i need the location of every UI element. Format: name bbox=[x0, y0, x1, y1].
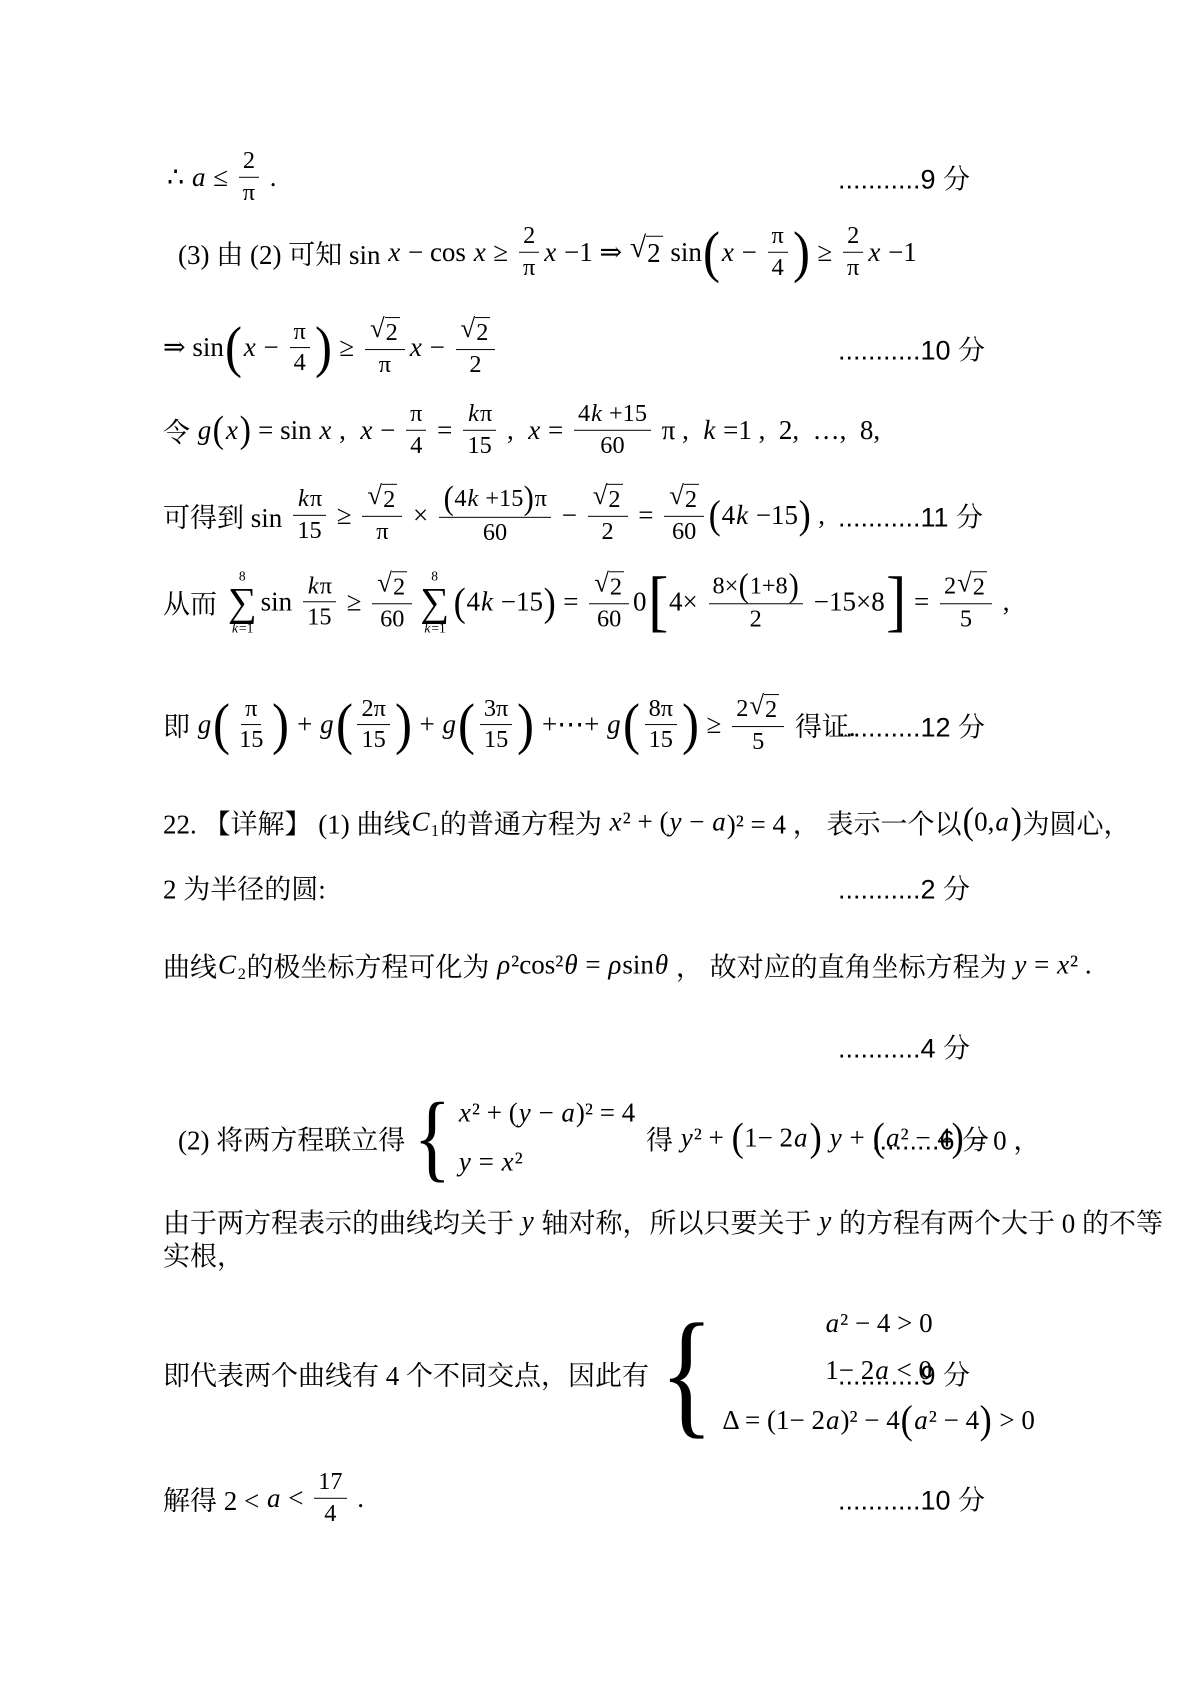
math-text: 2 bbox=[476, 318, 488, 347]
math-text: , bbox=[812, 499, 826, 530]
score-mark: ...........12 分 bbox=[838, 706, 985, 745]
denominator: 5 bbox=[956, 604, 976, 633]
math-text: 2 bbox=[610, 572, 622, 601]
math-variable: a bbox=[825, 1308, 841, 1339]
math-text: sin bbox=[664, 237, 702, 268]
math-text: = bbox=[556, 587, 585, 618]
math-text: − bbox=[257, 333, 286, 364]
math-text: 60 bbox=[597, 606, 621, 633]
math-variable: x bbox=[243, 333, 257, 364]
denominator: 15 bbox=[303, 603, 335, 632]
close-fence-icon: ) bbox=[544, 584, 556, 620]
fraction: 3π15 bbox=[480, 696, 512, 754]
math-text: + bbox=[413, 710, 442, 741]
denominator: π bbox=[843, 253, 863, 282]
system-row: a² − 4 > 0 bbox=[825, 1308, 933, 1339]
math-text: , bbox=[332, 415, 359, 446]
math-variable: C bbox=[410, 807, 430, 838]
exam-solution-page: ∴ a ≤ 2π .(3) 由 (2) 可知 sin x − cos x ≥ 2… bbox=[0, 0, 1200, 1698]
open-fence-icon: ( bbox=[444, 484, 454, 515]
math-variable: x bbox=[458, 1098, 472, 1129]
math-text: 4 bbox=[772, 255, 784, 282]
square-root: √2 bbox=[377, 571, 407, 601]
math-text: 2 bbox=[383, 485, 395, 514]
paren-group: (0,a) bbox=[962, 805, 1023, 839]
close-fence-icon: ) bbox=[682, 699, 699, 750]
math-text: ≥ bbox=[811, 237, 839, 268]
fraction: 2π bbox=[843, 223, 863, 281]
fraction: (4k +15)π60 bbox=[439, 484, 551, 546]
open-fence-icon: ( bbox=[623, 699, 640, 750]
math-text: − bbox=[532, 1098, 561, 1129]
math-variable: y bbox=[680, 1122, 694, 1153]
numerator: 2 bbox=[843, 223, 863, 253]
math-variable: x bbox=[609, 807, 623, 838]
denominator: 4 bbox=[768, 253, 788, 282]
fraction: √2π bbox=[365, 317, 405, 379]
open-fence-icon: ( bbox=[213, 413, 224, 447]
sum-lower-limit: k=1 bbox=[231, 621, 253, 635]
math-variable: y bbox=[668, 807, 682, 838]
radical-icon: √ bbox=[377, 569, 392, 596]
math-text: − bbox=[735, 237, 764, 268]
denominator: 60 bbox=[593, 604, 625, 633]
math-variable: ρ bbox=[607, 950, 622, 981]
math-variable: k bbox=[480, 587, 494, 618]
math-text: 解得 2 < bbox=[163, 1479, 266, 1518]
math-variable: x bbox=[473, 237, 487, 268]
math-text: 2 bbox=[393, 572, 405, 601]
denominator: 60 bbox=[479, 517, 511, 546]
math-text: 15 bbox=[239, 728, 263, 755]
math-text: )² = 4 ， 表示一个以 bbox=[727, 803, 962, 842]
close-fence-icon: ) bbox=[315, 322, 332, 373]
math-variable: x bbox=[318, 415, 332, 446]
math-text: = bbox=[632, 499, 661, 530]
score-mark: .........6 分 bbox=[872, 1119, 989, 1158]
math-text: ∴ bbox=[167, 162, 191, 193]
numerator: 2π bbox=[357, 696, 389, 726]
numerator: √2 bbox=[372, 571, 412, 604]
math-text: 2 bbox=[647, 236, 661, 268]
line-summation: 从而 8∑k=1sin kπ15 ≥ √2608∑k=1(4k −15) = √… bbox=[163, 569, 1009, 634]
fraction: √260 bbox=[664, 484, 704, 546]
math-text: 60 bbox=[672, 519, 696, 546]
math-text: +⋯+ bbox=[535, 710, 606, 741]
math-text: 2π bbox=[361, 696, 385, 723]
numerator: π bbox=[768, 223, 788, 253]
math-text: 60 bbox=[600, 433, 624, 460]
math-text: 5 bbox=[960, 606, 972, 633]
sigma-icon: ∑ bbox=[420, 583, 449, 621]
numerator: π bbox=[406, 401, 426, 431]
numerator: kπ bbox=[463, 401, 496, 431]
fraction: 2√25 bbox=[732, 694, 784, 756]
math-text: ² + bbox=[694, 1122, 731, 1153]
square-root: √2 bbox=[669, 484, 699, 514]
radical-icon: √ bbox=[370, 315, 385, 342]
radicand: 2 bbox=[382, 484, 397, 514]
math-variable: C bbox=[217, 950, 237, 981]
fraction: kπ15 bbox=[463, 401, 496, 459]
close-fence-icon: ] bbox=[886, 572, 906, 633]
math-text: π bbox=[410, 401, 422, 428]
math-text: )² − 4 bbox=[840, 1405, 899, 1436]
math-text: 2 bbox=[736, 696, 748, 723]
math-text: 可得到 sin bbox=[163, 495, 289, 534]
math-text: ， 故对应的直角坐标方程为 bbox=[669, 946, 1013, 985]
score-mark: ...........4 分 bbox=[838, 1027, 970, 1066]
open-fence-icon: ( bbox=[962, 805, 973, 839]
math-variable: y bbox=[521, 1206, 535, 1237]
math-variable: g bbox=[197, 415, 213, 446]
math-text: 22. 【详解】 (1) 曲线 bbox=[163, 803, 410, 842]
math-variable: y bbox=[829, 1122, 843, 1153]
math-text: − bbox=[682, 807, 711, 838]
math-variable: a bbox=[191, 162, 207, 193]
paren-group: (8π15) bbox=[622, 696, 700, 754]
open-fence-icon: [ bbox=[648, 572, 668, 633]
math-variable: x bbox=[867, 237, 881, 268]
math-text: 17 bbox=[318, 1469, 342, 1496]
math-text: ≤ bbox=[206, 162, 234, 193]
math-text: Δ = (1− 2 bbox=[722, 1405, 825, 1436]
math-text: 2 bbox=[608, 485, 620, 514]
math-text: 4 bbox=[324, 1501, 336, 1528]
math-text: −15 bbox=[494, 587, 543, 618]
close-fence-icon: ) bbox=[799, 497, 811, 533]
denominator: 4 bbox=[406, 431, 426, 460]
radicand: 2 bbox=[392, 571, 407, 601]
math-variable: x bbox=[409, 333, 423, 364]
paren-group: (3π15) bbox=[457, 696, 535, 754]
math-text: 2 bbox=[750, 606, 762, 633]
open-fence-icon: ( bbox=[731, 1120, 743, 1156]
line-implies-sin-inequality: ⇒ sin(x − π4) ≥ √2πx − √22 bbox=[163, 317, 499, 379]
math-text: 即代表两个曲线有 4 个不同交点，因此有 bbox=[163, 1354, 649, 1393]
numerator: 2 bbox=[239, 148, 259, 178]
open-fence-icon: ( bbox=[336, 699, 353, 750]
math-text: 15 bbox=[297, 517, 321, 544]
close-fence-icon: ) bbox=[517, 699, 534, 750]
close-fence-icon: ) bbox=[1011, 805, 1022, 839]
radicand: 2 bbox=[607, 484, 622, 514]
math-text: . bbox=[351, 1483, 365, 1514]
square-root: √2 bbox=[630, 235, 663, 268]
fraction: √260 bbox=[372, 571, 412, 633]
paren-group: (4k −15) bbox=[453, 584, 556, 620]
math-text: π bbox=[243, 180, 255, 207]
line-solve-a-range: 解得 2 < a < 174 . bbox=[163, 1469, 364, 1527]
open-fence-icon: ( bbox=[454, 584, 466, 620]
math-text: −1 ⇒ bbox=[557, 237, 629, 268]
score-mark: ...........2 分 bbox=[838, 868, 970, 907]
math-text: 2 bbox=[944, 573, 956, 600]
denominator: 2 bbox=[598, 517, 618, 546]
paren-group: (1+8) bbox=[738, 571, 799, 602]
numerator: √2 bbox=[456, 317, 496, 350]
math-text: 4 bbox=[722, 499, 736, 530]
line-part3-from-part2: (3) 由 (2) 可知 sin x − cos x ≥ 2πx −1 ⇒ √2… bbox=[178, 223, 917, 281]
math-text: 15 bbox=[362, 728, 386, 755]
numerator: 4k +15 bbox=[574, 401, 651, 431]
denominator: 2 bbox=[746, 604, 766, 633]
numerator: 2√2 bbox=[732, 694, 784, 727]
math-text: 4× bbox=[669, 586, 704, 617]
summation: 8∑k=1 bbox=[228, 569, 257, 634]
math-text: = bbox=[579, 950, 608, 981]
line-real-roots: 实根， bbox=[163, 1235, 244, 1274]
radical-icon: √ bbox=[594, 569, 609, 596]
math-text: 轴对称，所以只要关于 bbox=[535, 1202, 819, 1241]
score-mark: ...........9 分 bbox=[838, 1354, 970, 1393]
math-text: ≥ bbox=[330, 499, 358, 530]
math-text: ² + ( bbox=[623, 807, 669, 838]
radicand: 2 bbox=[646, 235, 663, 268]
math-text: =1 bbox=[431, 621, 445, 635]
square-root: √2 bbox=[461, 317, 491, 347]
math-text: 4 bbox=[410, 433, 422, 460]
fraction: √22 bbox=[456, 317, 496, 379]
math-text: ≥ bbox=[340, 587, 368, 618]
math-text: , bbox=[996, 587, 1010, 618]
math-text: 5 bbox=[752, 729, 764, 756]
score-mark: ...........10 分 bbox=[838, 1479, 985, 1518]
math-text: 4 bbox=[294, 351, 306, 378]
math-variable: k bbox=[297, 486, 310, 513]
math-variable: a bbox=[913, 1405, 929, 1436]
math-text: 15 bbox=[484, 728, 508, 755]
line-conclusion-a-bound: ∴ a ≤ 2π . bbox=[167, 148, 277, 206]
radical-icon: √ bbox=[630, 233, 646, 263]
radical-icon: √ bbox=[367, 482, 382, 509]
math-text: 4 bbox=[578, 401, 590, 428]
math-text: 15 bbox=[468, 433, 492, 460]
numerator: √2 bbox=[589, 571, 629, 604]
line-g-sum-conclusion: 即 g(π15) + g(2π15) + g(3π15) +⋯+ g(8π15)… bbox=[163, 694, 856, 756]
math-variable: g bbox=[442, 710, 458, 741]
fraction: kπ15 bbox=[293, 486, 326, 544]
math-text: 实根， bbox=[163, 1235, 244, 1274]
math-variable: y bbox=[818, 1206, 832, 1237]
math-text: , bbox=[500, 415, 527, 446]
math-text: π bbox=[245, 696, 257, 723]
math-text: 2 为半径的圆: bbox=[163, 868, 326, 907]
math-variable: x bbox=[543, 237, 557, 268]
open-fence-icon: ( bbox=[213, 699, 230, 750]
math-text: sin bbox=[622, 950, 654, 981]
math-text: > 0 bbox=[993, 1405, 1035, 1436]
math-text: = bbox=[430, 415, 459, 446]
math-variable: k bbox=[307, 573, 320, 600]
math-text: 2 bbox=[847, 223, 859, 250]
numerator: √2 bbox=[664, 484, 704, 517]
line-radius-2: 2 为半径的圆: bbox=[163, 868, 326, 907]
close-fence-icon: ) bbox=[809, 1120, 821, 1156]
math-text: ≥ bbox=[487, 237, 515, 268]
math-variable: k bbox=[231, 621, 239, 635]
math-text: 60 bbox=[380, 606, 404, 633]
math-text: π bbox=[294, 319, 306, 346]
line-define-g: 令 g(x) = sin x , x − π4 = kπ15 , x = 4k … bbox=[163, 401, 880, 459]
fraction: 2√25 bbox=[940, 571, 992, 633]
math-text: sin bbox=[261, 587, 299, 618]
paren-group: (π15) bbox=[212, 696, 290, 754]
math-text: =1 bbox=[239, 621, 253, 635]
numerator: kπ bbox=[293, 486, 326, 516]
denominator: π bbox=[239, 178, 259, 207]
numerator: √2 bbox=[588, 484, 628, 517]
math-variable: x bbox=[501, 1147, 515, 1178]
close-fence-icon: ) bbox=[980, 1402, 992, 1438]
math-text: π bbox=[535, 486, 547, 513]
math-text: 2 bbox=[602, 519, 614, 546]
math-text: (3) 由 (2) 可知 sin bbox=[178, 233, 387, 272]
numerator: 3π bbox=[480, 696, 512, 726]
paren-group: (x) bbox=[212, 413, 251, 447]
math-variable: x bbox=[527, 415, 541, 446]
radical-icon: √ bbox=[461, 315, 476, 342]
radical-icon: √ bbox=[593, 482, 608, 509]
numerator: π bbox=[290, 319, 310, 349]
radical-icon: √ bbox=[669, 482, 684, 509]
math-variable: k bbox=[735, 499, 749, 530]
math-text: 2 bbox=[523, 223, 535, 250]
close-fence-icon: ) bbox=[793, 226, 810, 277]
math-variable: a bbox=[711, 807, 727, 838]
math-text: π bbox=[523, 255, 535, 282]
radicand: 2 bbox=[609, 571, 624, 601]
math-text: + bbox=[843, 1122, 872, 1153]
math-text: − bbox=[555, 499, 584, 530]
radicand: 2 bbox=[385, 317, 400, 347]
denominator: 15 bbox=[235, 726, 267, 755]
numerator: 17 bbox=[314, 1469, 346, 1499]
math-text: 的普通方程为 bbox=[440, 803, 609, 842]
open-fence-icon: ( bbox=[739, 571, 749, 602]
math-text: π bbox=[376, 519, 388, 546]
math-text: ² . bbox=[1070, 950, 1092, 981]
open-fence-icon: ( bbox=[703, 226, 720, 277]
math-text: ²cos² bbox=[511, 950, 563, 981]
fraction: 2π15 bbox=[357, 696, 389, 754]
close-fence-icon: ) bbox=[395, 699, 412, 750]
line-q22-part1-circle: 22. 【详解】 (1) 曲线C₁的普通方程为 x² + (y − a)² = … bbox=[163, 803, 1130, 842]
numerator: √2 bbox=[365, 317, 405, 350]
math-text: −15 bbox=[749, 499, 798, 530]
paren-group: (x − π4) bbox=[224, 319, 333, 377]
math-text: 的极坐标方程可化为 bbox=[246, 946, 496, 985]
math-text: π bbox=[772, 223, 784, 250]
math-text: 8× bbox=[713, 573, 739, 600]
brace-icon: { bbox=[414, 1097, 451, 1180]
math-text: ≥ bbox=[700, 710, 728, 741]
denominator: 15 bbox=[464, 431, 496, 460]
math-variable: y bbox=[458, 1147, 472, 1178]
math-text: 得 bbox=[639, 1118, 680, 1157]
math-text: 2 bbox=[973, 572, 985, 601]
math-text: 令 bbox=[163, 411, 197, 450]
open-fence-icon: ( bbox=[458, 699, 475, 750]
numerator: kπ bbox=[303, 573, 336, 603]
numerator: 8π bbox=[645, 696, 677, 726]
math-text: ⇒ sin bbox=[163, 333, 224, 364]
math-text: ² − 4 > 0 bbox=[840, 1308, 933, 1339]
math-text: +15 bbox=[479, 486, 523, 513]
math-text: × bbox=[406, 499, 435, 530]
fraction: π4 bbox=[406, 401, 426, 459]
paren-group: (x − π4) bbox=[702, 223, 811, 281]
sigma-icon: ∑ bbox=[228, 583, 257, 621]
denominator: π bbox=[519, 253, 539, 282]
math-variable: θ bbox=[654, 950, 669, 981]
denominator: 60 bbox=[376, 604, 408, 633]
score-mark: ...........11 分 bbox=[838, 496, 983, 535]
paren-group: (a² − 4) bbox=[900, 1402, 993, 1438]
numerator: π bbox=[241, 696, 261, 726]
denominator: 15 bbox=[480, 726, 512, 755]
denominator: 60 bbox=[668, 517, 700, 546]
math-text: 60 bbox=[483, 519, 507, 546]
math-text: 即 bbox=[163, 706, 197, 745]
denominator: 5 bbox=[748, 727, 768, 756]
radicand: 2 bbox=[764, 694, 779, 724]
math-variable: a bbox=[994, 806, 1010, 837]
denominator: 4 bbox=[320, 1499, 340, 1528]
math-text: +15 bbox=[603, 401, 647, 428]
denominator: 15 bbox=[645, 726, 677, 755]
system-row: Δ = (1− 2a)² − 4(a² − 4) > 0 bbox=[722, 1402, 1034, 1438]
math-text: = bbox=[472, 1147, 501, 1178]
math-text: 1− 2 bbox=[744, 1122, 793, 1153]
square-root: √2 bbox=[749, 694, 779, 724]
math-text: = bbox=[907, 587, 936, 618]
line-curve-c2-polar: 曲线C₂的极坐标方程可化为 ρ²cos²θ = ρsinθ ， 故对应的直角坐标… bbox=[163, 946, 1092, 985]
math-variable: k bbox=[466, 486, 479, 513]
math-variable: θ bbox=[563, 950, 578, 981]
math-text: π , bbox=[655, 415, 702, 446]
math-text: 15 bbox=[307, 605, 331, 632]
math-text: . bbox=[263, 162, 277, 193]
square-root: √2 bbox=[594, 571, 624, 601]
math-text: (2) 将两方程联立得 bbox=[178, 1118, 405, 1157]
math-text: 8π bbox=[649, 696, 673, 723]
math-text: = sin bbox=[251, 415, 318, 446]
fraction: √260 bbox=[589, 571, 629, 633]
math-text: + bbox=[290, 710, 319, 741]
math-text: π bbox=[320, 573, 332, 600]
math-text: 0, bbox=[974, 806, 994, 837]
math-variable: a bbox=[793, 1122, 809, 1153]
fraction: π4 bbox=[768, 223, 788, 281]
square-root: √2 bbox=[367, 484, 397, 514]
math-text: ₁ bbox=[431, 807, 440, 838]
fraction: π4 bbox=[290, 319, 310, 377]
math-text: =1 , 2, …, 8, bbox=[716, 415, 880, 446]
close-fence-icon: ) bbox=[524, 484, 534, 515]
numerator: (4k +15)π bbox=[439, 484, 551, 518]
fraction: 2π bbox=[239, 148, 259, 206]
score-mark: ...........10 分 bbox=[838, 329, 985, 368]
bracket-group: [4× 8×(1+8)2 −15×8] bbox=[647, 571, 908, 633]
sum-lower-limit: k=1 bbox=[423, 621, 445, 635]
math-text: 3π bbox=[484, 696, 508, 723]
denominator: π bbox=[372, 517, 392, 546]
math-text: 的方程有两个大于 0 的不等 bbox=[832, 1202, 1163, 1241]
math-text: 4 bbox=[467, 587, 481, 618]
math-text: 2 bbox=[243, 148, 255, 175]
math-text: ≥ bbox=[333, 333, 361, 364]
